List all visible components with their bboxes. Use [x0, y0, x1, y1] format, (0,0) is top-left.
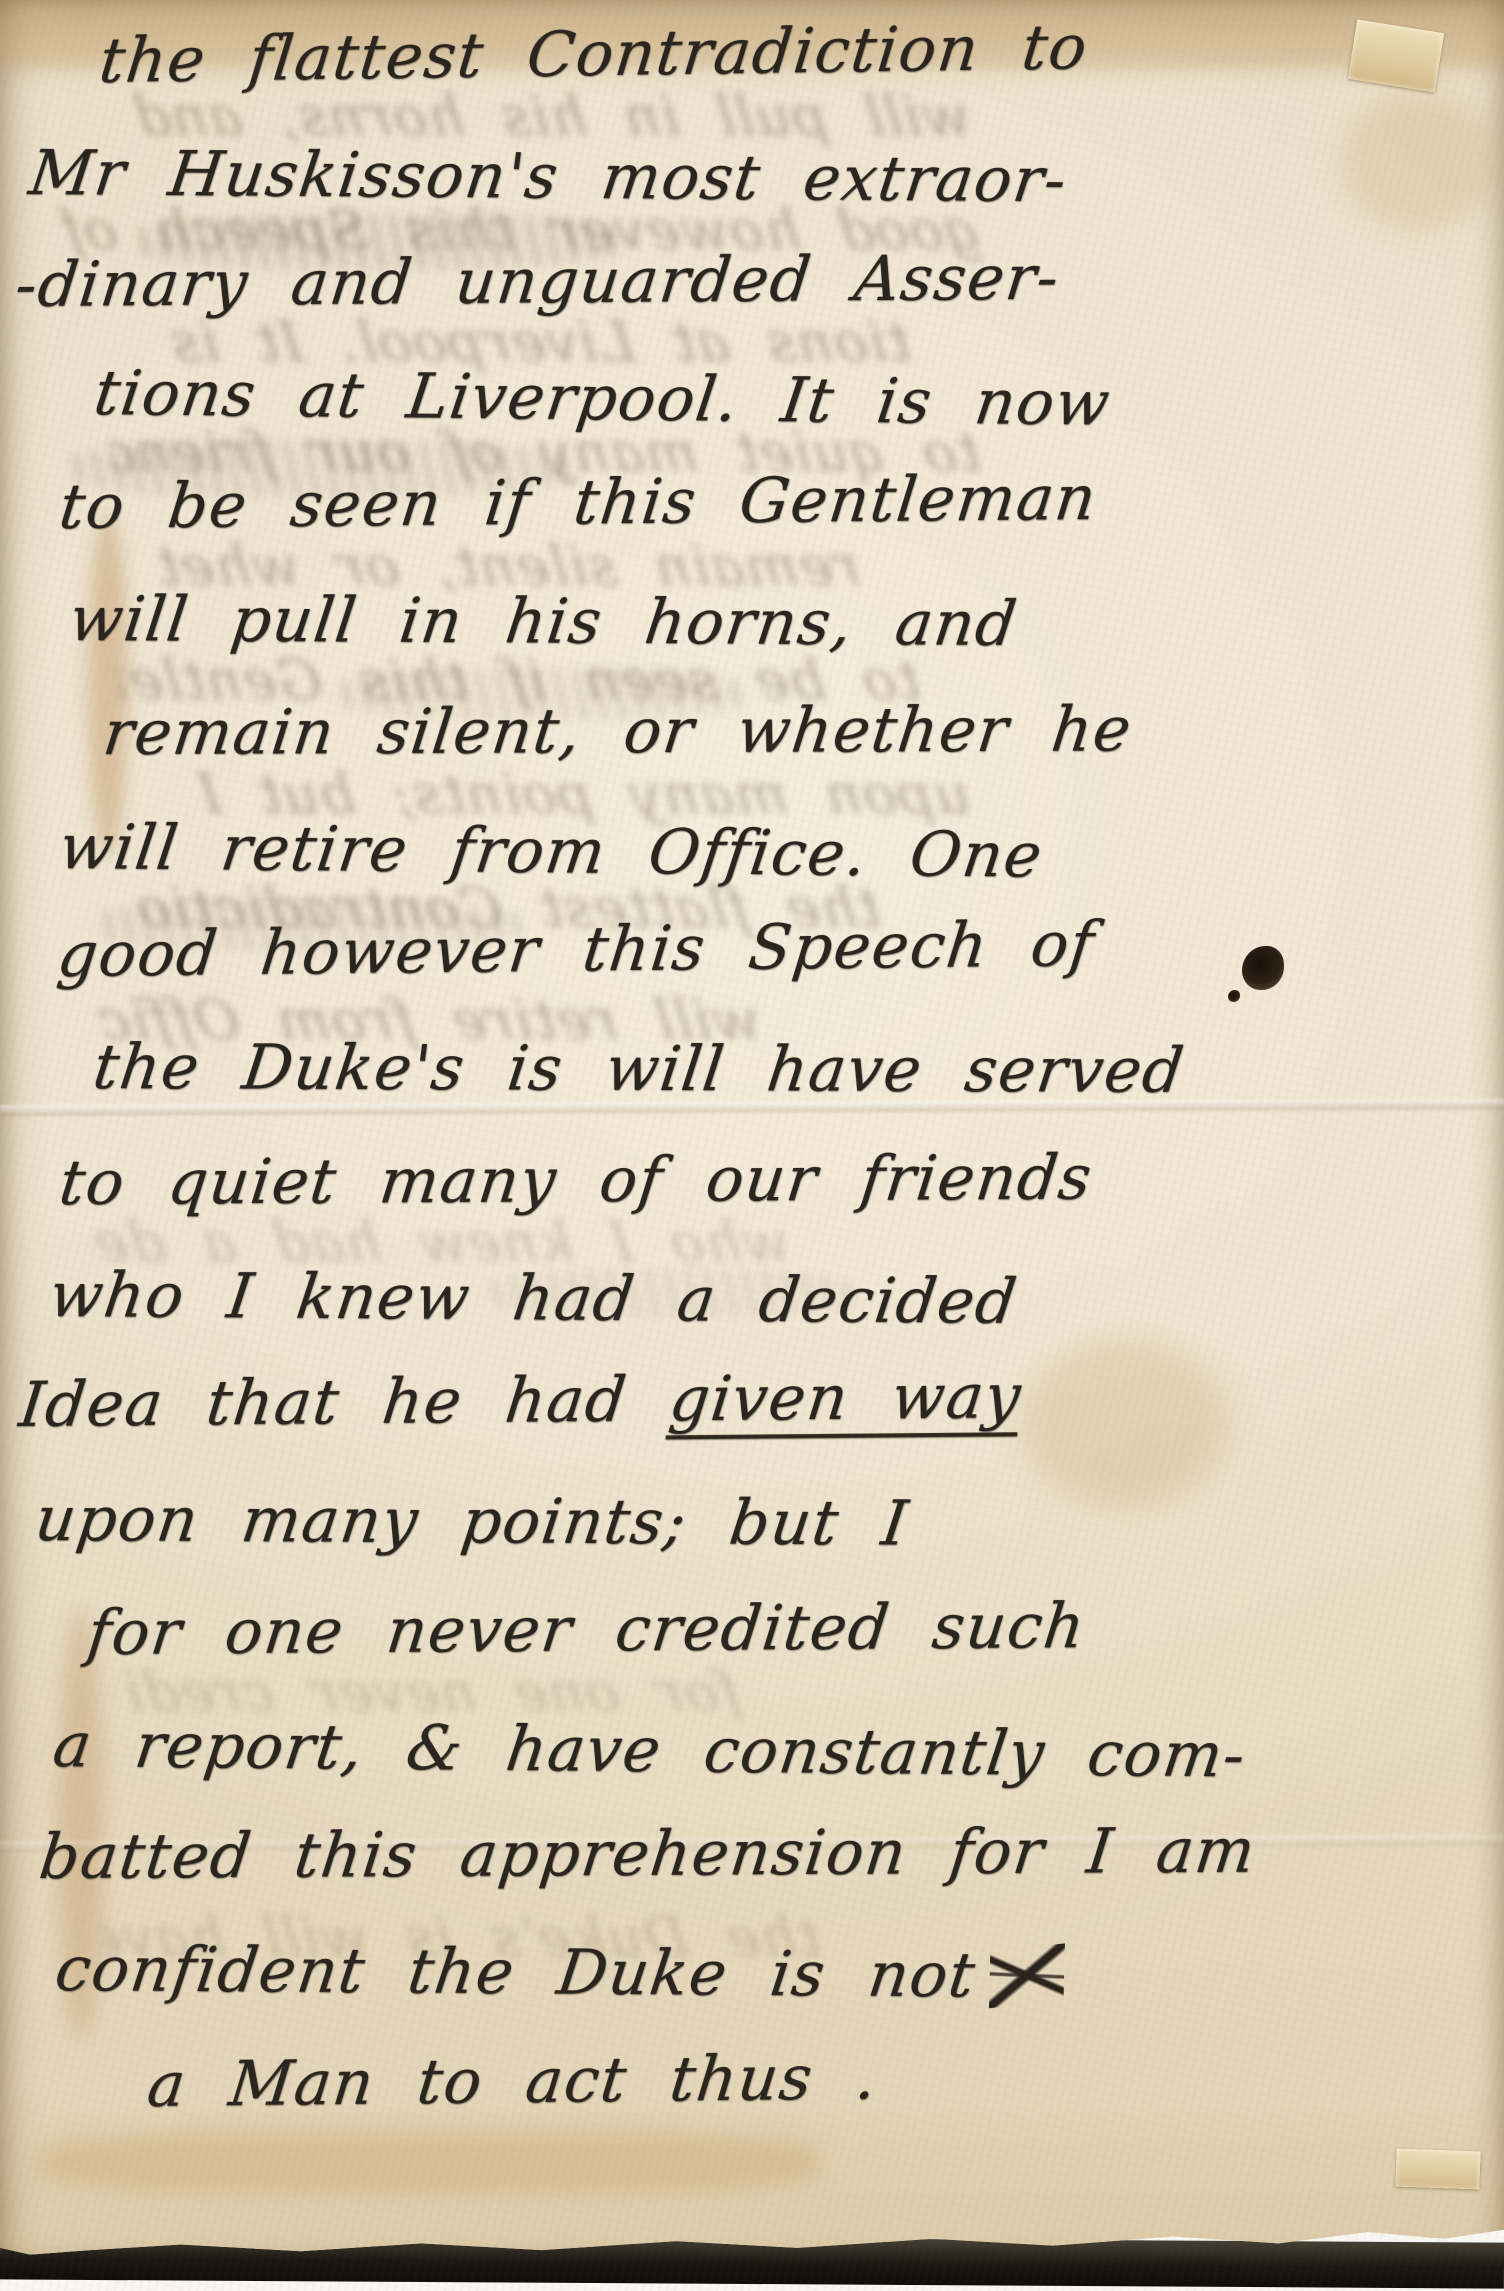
handwriting-line-2: Mr Huskisson's most extraor- — [25, 136, 1072, 216]
handwriting-line-6: will pull in his horns, and — [65, 582, 1021, 660]
manuscript-scan: will pull in his horns, and good however… — [0, 0, 1504, 2291]
handwriting-line-13: Idea that he had given way — [16, 1359, 1026, 1441]
line-text: Idea that he had — [16, 1362, 674, 1441]
handwriting-line-12: who I knew had a decided — [45, 1258, 1022, 1338]
handwriting-line-19: a Man to act thus . — [144, 2040, 882, 2121]
handwriting-line-9: good however this Speech of — [54, 907, 1099, 991]
handwriting-line-10: the Duke's is will have served — [89, 1030, 1188, 1107]
handwriting-line-11: to quiet many of our friends — [56, 1141, 1097, 1219]
tape-patch — [1395, 2149, 1480, 2190]
handwriting-line-3: -dinary and unguarded Asser- — [12, 241, 1064, 321]
handwriting-line-4: tions at Liverpool. It is now — [90, 356, 1115, 440]
handwriting-line-8: will retire from Office. One — [55, 810, 1047, 891]
handwriting-line-16: a report, & have constantly com- — [49, 1708, 1251, 1791]
crossed-out-word — [988, 1943, 1064, 2008]
handwriting-line-7: remain silent, or whether he — [100, 692, 1137, 769]
line-text: confident the Duke is not — [51, 1932, 980, 2011]
handwriting-line-5: to be seen if this Gentleman — [56, 461, 1101, 543]
handwriting-line-1: the flattest Contradiction to — [96, 10, 1092, 97]
underlined-phrase: given way — [666, 1359, 1026, 1435]
handwriting-line-18: confident the Duke is not — [51, 1932, 1068, 2012]
handwriting-line-15: for one never credited such — [84, 1589, 1090, 1669]
handwriting-line-17: batted this apprehension for I am — [36, 1814, 1260, 1893]
handwriting-line-14: upon many points; but I — [31, 1482, 913, 1560]
